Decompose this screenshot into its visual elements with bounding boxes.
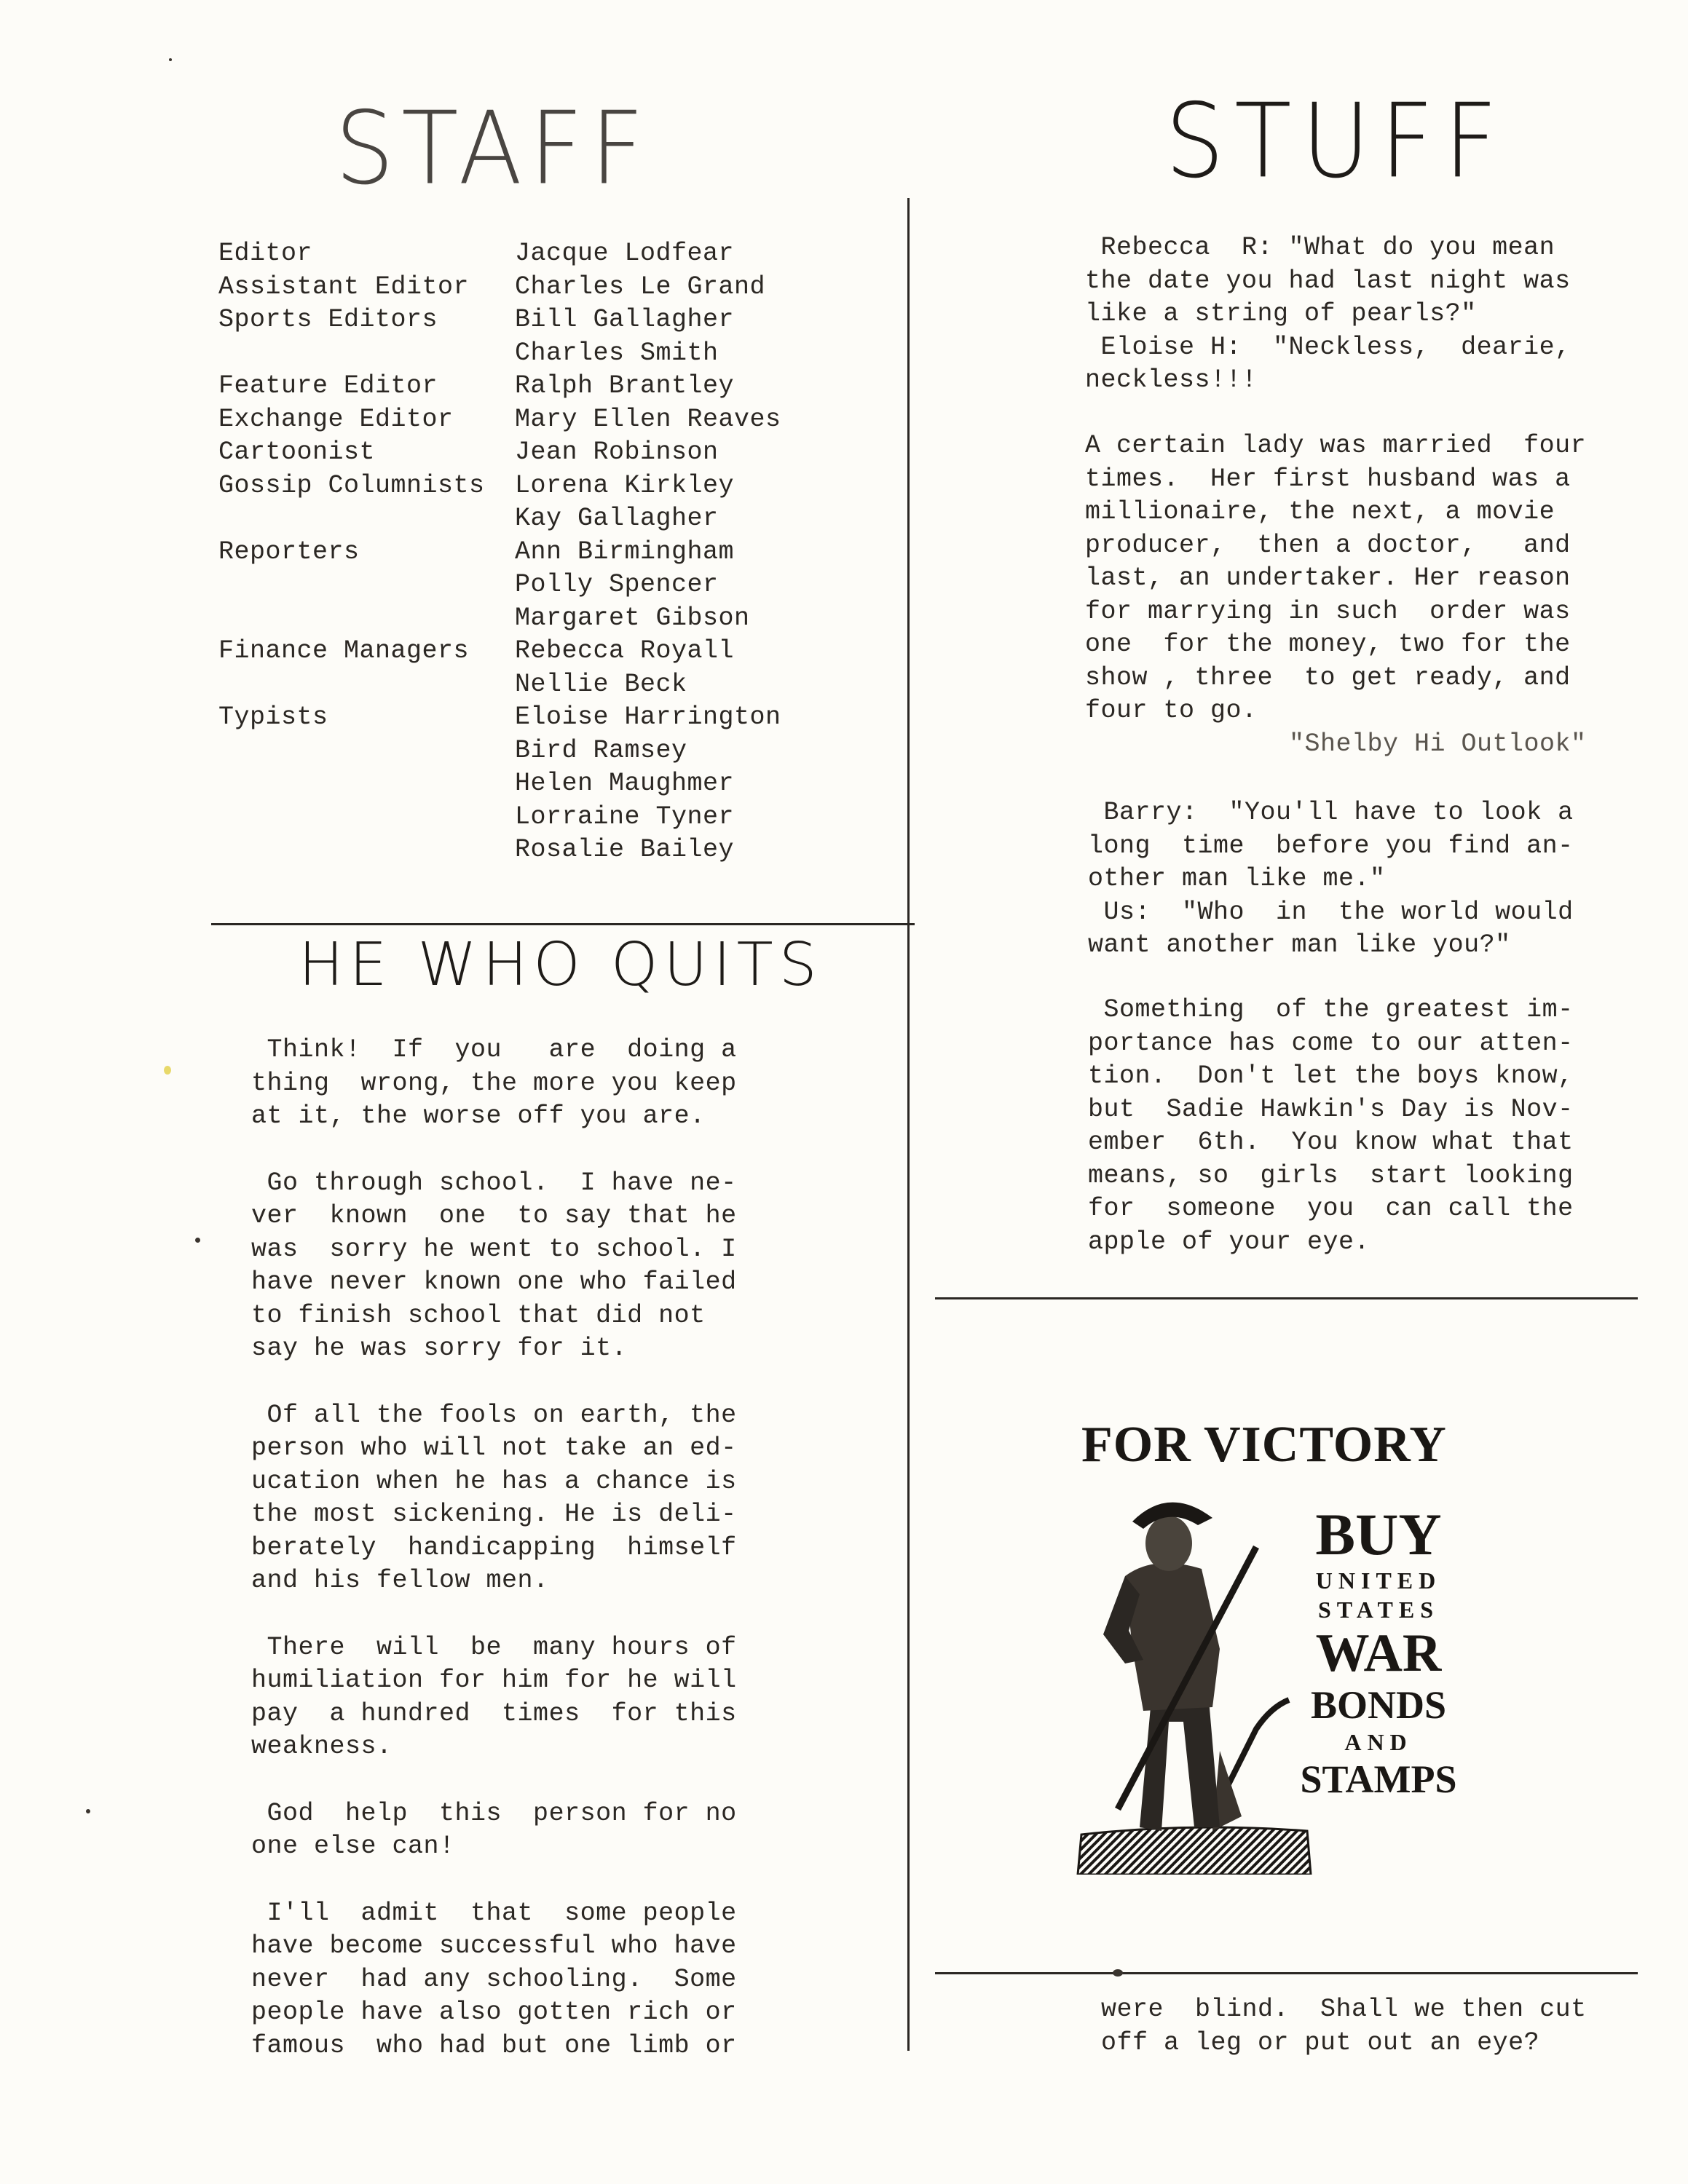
war-bonds-ad: FOR VICTORY BUY UNITED STATES WAR BONDS … — [1074, 1416, 1460, 1882]
staff-name: Bird Ramsey — [515, 735, 687, 768]
text-line: have become successful who have — [251, 1930, 737, 1963]
text-line: times. Her first husband was a — [1085, 463, 1586, 496]
staff-row: Kay Gallagher — [218, 502, 781, 536]
text-line: like a string of pearls?" — [1085, 298, 1571, 331]
text-line: but Sadie Hawkin's Day is Nov- — [1088, 1093, 1574, 1127]
stuff-heading: STUFF — [1165, 82, 1507, 202]
text-line: and his fellow men. — [251, 1564, 737, 1598]
text-line: the most sickening. He is deli- — [251, 1498, 737, 1532]
staff-name: Margaret Gibson — [515, 602, 750, 636]
text-line: apple of your eye. — [1088, 1226, 1574, 1259]
ad-banner: FOR VICTORY — [1081, 1416, 1447, 1474]
ad-line-war: WAR — [1291, 1624, 1466, 1682]
text-line: the date you had last night was — [1085, 265, 1571, 298]
staff-role: Editor — [218, 237, 515, 271]
text-line: berately handicapping himself — [251, 1532, 737, 1565]
staff-row: Gossip ColumnistsLorena Kirkley — [218, 470, 781, 503]
staff-name: Lorraine Tyner — [515, 801, 734, 834]
article-continuation: were blind. Shall we then cutoff a leg o… — [1101, 1993, 1587, 2060]
staff-role — [218, 767, 515, 801]
ad-line-stamps: STAMPS — [1291, 1757, 1466, 1802]
text-line: one else can! — [251, 1830, 737, 1864]
staff-name: Charles Le Grand — [515, 271, 765, 304]
text-line: ucation when he has a chance is — [251, 1465, 737, 1499]
ad-line-states: STATES — [1291, 1595, 1466, 1624]
staff-row: Bird Ramsey — [218, 735, 781, 768]
staff-role — [218, 502, 515, 536]
staff-row: EditorJacque Lodfear — [218, 237, 781, 271]
article-paragraph: Of all the fools on earth, theperson who… — [251, 1399, 737, 1598]
ad-line-and: AND — [1291, 1728, 1466, 1757]
text-line: Of all the fools on earth, the — [251, 1399, 737, 1433]
staff-name: Lorena Kirkley — [515, 470, 734, 503]
text-line: people have also gotten rich or — [251, 1996, 737, 2030]
staff-row: Charles Smith — [218, 337, 781, 371]
text-line: humiliation for him for he will — [251, 1664, 737, 1698]
staff-name: Eloise Harrington — [515, 701, 781, 735]
ad-line-buy: BUY — [1291, 1503, 1466, 1566]
staff-role — [218, 834, 515, 867]
ad-text: BUY UNITED STATES WAR BONDS AND STAMPS — [1291, 1503, 1466, 1802]
staff-role — [218, 801, 515, 834]
staff-name: Charles Smith — [515, 337, 719, 371]
ad-line-united: UNITED — [1291, 1566, 1466, 1595]
text-line: off a leg or put out an eye? — [1101, 2027, 1587, 2060]
text-line: A certain lady was married four — [1085, 430, 1586, 463]
text-line: Rebecca R: "What do you mean — [1085, 232, 1571, 265]
stuff-item-3: Barry: "You'll have to look along time b… — [1088, 796, 1574, 962]
article-paragraph: I'll admit that some peoplehave become s… — [251, 1897, 737, 2063]
text-line: portance has come to our atten- — [1088, 1027, 1574, 1061]
staff-name: Nellie Beck — [515, 668, 687, 702]
source-credit: "Shelby Hi Outlook" — [1289, 728, 1587, 761]
staff-row: Feature EditorRalph Brantley — [218, 370, 781, 403]
text-line: thing wrong, the more you keep — [251, 1067, 737, 1101]
article-heading: HE WHO QUITS — [299, 930, 823, 1000]
staff-name: Rosalie Bailey — [515, 834, 734, 867]
text-line: show , three to get ready, and — [1085, 662, 1586, 695]
staff-role: Feature Editor — [218, 370, 515, 403]
staff-row: Polly Spencer — [218, 569, 781, 602]
text-line: for someone you can call the — [1088, 1192, 1574, 1226]
scan-speck — [195, 1238, 200, 1243]
staff-row: ReportersAnn Birmingham — [218, 536, 781, 569]
scan-speck — [169, 58, 172, 61]
text-line: want another man like you?" — [1088, 929, 1574, 962]
staff-role: Typists — [218, 701, 515, 735]
staff-role: Finance Managers — [218, 635, 515, 668]
text-line: producer, then a doctor, and — [1085, 529, 1586, 563]
text-line: four to go. — [1085, 695, 1586, 728]
staff-row: Finance ManagersRebecca Royall — [218, 635, 781, 668]
staff-role: Exchange Editor — [218, 403, 515, 437]
staff-row: Assistant EditorCharles Le Grand — [218, 271, 781, 304]
stuff-section-divider — [935, 1297, 1638, 1299]
article-paragraph: God help this person for noone else can! — [251, 1797, 737, 1864]
text-line: at it, the worse off you are. — [251, 1100, 737, 1133]
text-line: never had any schooling. Some — [251, 1963, 737, 1997]
text-line: Eloise H: "Neckless, dearie, — [1085, 331, 1571, 365]
text-line: tion. Don't let the boys know, — [1088, 1060, 1574, 1093]
staff-row: Exchange EditorMary Ellen Reaves — [218, 403, 781, 437]
staff-name: Mary Ellen Reaves — [515, 403, 781, 437]
staff-name: Ann Birmingham — [515, 536, 734, 569]
text-line: for marrying in such order was — [1085, 596, 1586, 629]
staff-row: TypistsEloise Harrington — [218, 701, 781, 735]
staff-role — [218, 569, 515, 602]
text-line: ember 6th. You know what that — [1088, 1126, 1574, 1160]
staff-role — [218, 735, 515, 768]
staff-heading: STAFF — [335, 90, 651, 207]
staff-role — [218, 337, 515, 371]
stuff-item-2: A certain lady was married fourtimes. He… — [1085, 430, 1586, 728]
text-line: means, so girls start looking — [1088, 1160, 1574, 1193]
text-line: Barry: "You'll have to look a — [1088, 796, 1574, 830]
text-line: famous who had but one limb or — [251, 2030, 737, 2063]
staff-role: Cartoonist — [218, 436, 515, 470]
text-line: last, an undertaker. Her reason — [1085, 562, 1586, 596]
text-line: were blind. Shall we then cut — [1101, 1993, 1587, 2027]
stuff-item-1: Rebecca R: "What do you meanthe date you… — [1085, 232, 1571, 397]
text-line: Something of the greatest im- — [1088, 994, 1574, 1027]
scan-speck — [86, 1809, 90, 1813]
staff-role: Sports Editors — [218, 304, 515, 337]
staff-name: Jean Robinson — [515, 436, 719, 470]
column-divider — [907, 198, 910, 2051]
text-line: Go through school. I have ne- — [251, 1167, 737, 1200]
staff-role: Assistant Editor — [218, 271, 515, 304]
stuff-item-4: Something of the greatest im-portance ha… — [1088, 994, 1574, 1259]
staff-role: Gossip Columnists — [218, 470, 515, 503]
staff-role — [218, 668, 515, 702]
article-paragraph: There will be many hours ofhumiliation f… — [251, 1631, 737, 1764]
article-paragraph: Go through school. I have ne-ver known o… — [251, 1167, 737, 1366]
staff-section-divider — [211, 923, 915, 925]
staff-name: Bill Gallagher — [515, 304, 734, 337]
text-line: God help this person for no — [251, 1797, 737, 1831]
staff-name: Rebecca Royall — [515, 635, 734, 668]
text-line: have never known one who failed — [251, 1266, 737, 1299]
ad-line-bonds: BONDS — [1291, 1682, 1466, 1728]
text-line: long time before you find an- — [1088, 830, 1574, 863]
scan-speck — [164, 1066, 171, 1075]
staff-row: Rosalie Bailey — [218, 834, 781, 867]
staff-list: EditorJacque LodfearAssistant EditorChar… — [218, 237, 781, 867]
article-paragraph: Think! If you are doing athing wrong, th… — [251, 1034, 737, 1133]
scan-speck — [1113, 1969, 1123, 1977]
staff-row: Helen Maughmer — [218, 767, 781, 801]
text-line: There will be many hours of — [251, 1631, 737, 1665]
staff-name: Jacque Lodfear — [515, 237, 734, 271]
text-line: I'll admit that some people — [251, 1897, 737, 1931]
text-line: was sorry he went to school. I — [251, 1233, 737, 1267]
text-line: person who will not take an ed- — [251, 1432, 737, 1465]
staff-row: Nellie Beck — [218, 668, 781, 702]
staff-name: Helen Maughmer — [515, 767, 734, 801]
article-body: Think! If you are doing athing wrong, th… — [251, 1034, 737, 2096]
text-line: neckless!!! — [1085, 364, 1571, 397]
text-line: pay a hundred times for this — [251, 1698, 737, 1731]
staff-role: Reporters — [218, 536, 515, 569]
text-line: to finish school that did not — [251, 1299, 737, 1333]
minuteman-statue-icon — [1074, 1467, 1314, 1875]
staff-name: Ralph Brantley — [515, 370, 734, 403]
text-line: say he was sorry for it. — [251, 1332, 737, 1366]
text-line: Think! If you are doing a — [251, 1034, 737, 1067]
text-line: other man like me." — [1088, 863, 1574, 896]
staff-row: Sports EditorsBill Gallagher — [218, 304, 781, 337]
staff-row: Lorraine Tyner — [218, 801, 781, 834]
staff-name: Polly Spencer — [515, 569, 719, 602]
text-line: ver known one to say that he — [251, 1200, 737, 1233]
text-line: weakness. — [251, 1730, 737, 1764]
staff-row: Margaret Gibson — [218, 602, 781, 636]
staff-row: CartoonistJean Robinson — [218, 436, 781, 470]
staff-role — [218, 602, 515, 636]
text-line: one for the money, two for the — [1085, 628, 1586, 662]
staff-name: Kay Gallagher — [515, 502, 719, 536]
text-line: Us: "Who in the world would — [1088, 896, 1574, 930]
text-line: millionaire, the next, a movie — [1085, 496, 1586, 529]
ad-section-divider — [935, 1972, 1638, 1974]
